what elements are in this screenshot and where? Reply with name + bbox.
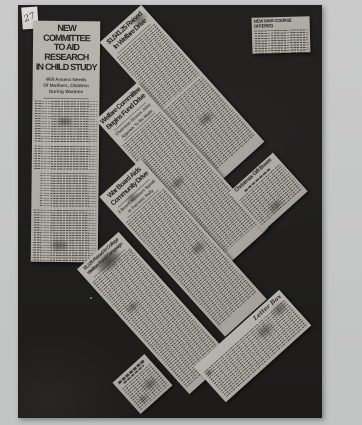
headline-block: NEW COMMITTEE TO AID RESEARCH IN CHILD S… — [35, 24, 99, 73]
headline-line: NEW COMMITTEE — [35, 24, 98, 44]
clipping-war-course: NEW WAR COURSE OFFERED — [252, 16, 311, 54]
newsprint-body — [254, 30, 309, 54]
paper-speck — [90, 297, 92, 299]
newsprint-body — [34, 146, 97, 171]
subhead-block: Will Assess Needs Of Mothers, Children D… — [34, 76, 97, 95]
headline-line: TO AID RESEARCH — [35, 43, 98, 63]
newsprint-body — [32, 210, 96, 263]
newsprint-body — [39, 173, 96, 208]
scanned-scrapbook-photo: 27 NEW COMMITTEE TO AID RESEARCH IN CHIL… — [0, 0, 362, 425]
stain-mark — [56, 116, 73, 127]
headline-line: NEW WAR COURSE OFFERED — [254, 18, 308, 29]
clipping-child-study: NEW COMMITTEE TO AID RESEARCH IN CHILD S… — [31, 21, 101, 263]
headline-line: IN CHILD STUDY — [35, 63, 98, 73]
subhead-line: During Wartime — [34, 89, 97, 96]
stain-mark — [50, 239, 69, 252]
divider-rule — [44, 98, 88, 99]
